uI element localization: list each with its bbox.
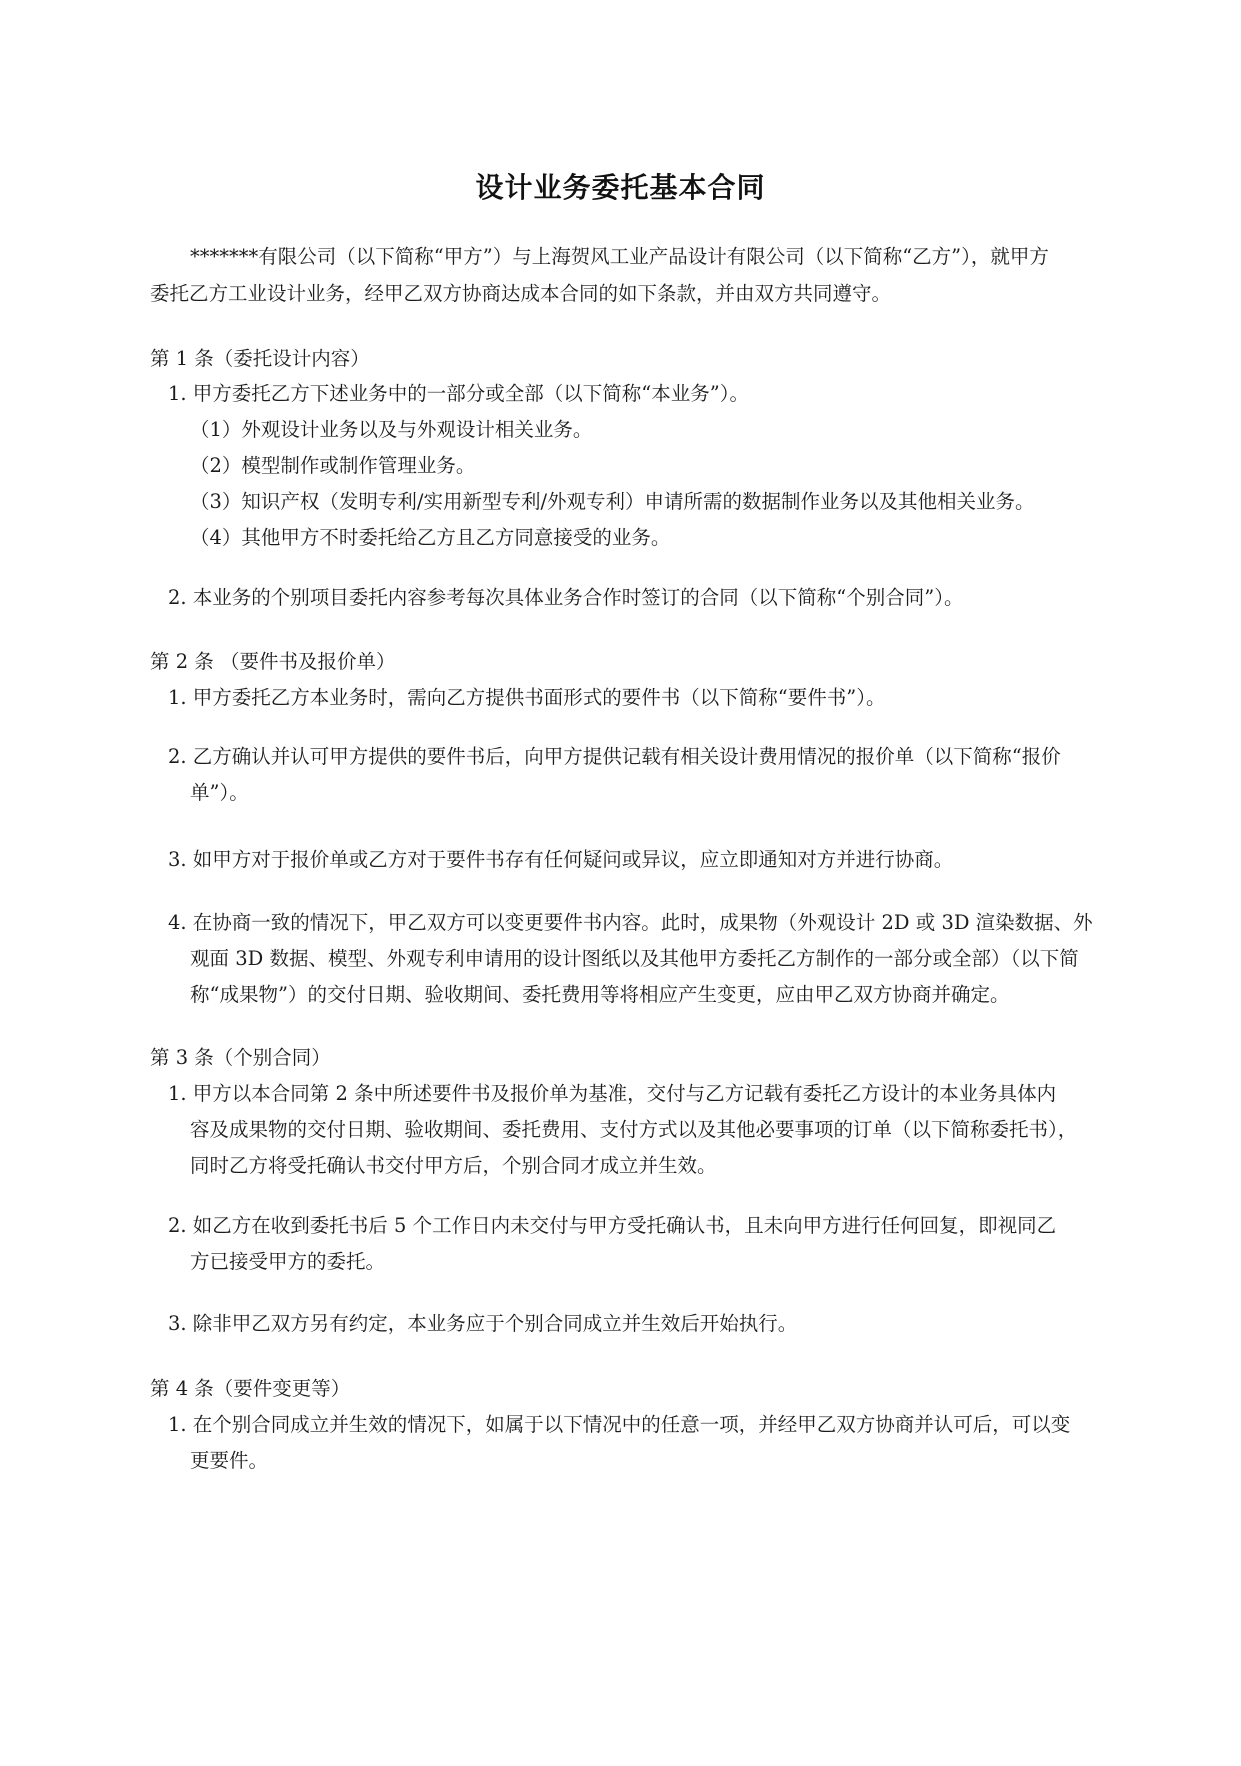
article-1-clause-1: 1. 甲方委托乙方下述业务中的一部分或全部（以下简称“本业务”）。 [168,382,749,406]
article-3-clause-1-line-1: 1. 甲方以本合同第 2 条中所述要件书及报价单为基准，交付与乙方记载有委托乙方… [168,1082,1056,1106]
article-4-heading: 第 4 条（要件变更等） [150,1377,350,1401]
preamble-line-1: *******有限公司（以下简称“甲方”）与上海贺风工业产品设计有限公司（以下简… [190,245,1049,269]
article-1-item-3: （3）知识产权（发明专利/实用新型专利/外观专利）申请所需的数据制作业务以及其他… [190,490,1035,514]
article-3-heading: 第 3 条（个别合同） [150,1046,331,1070]
article-2-clause-4-line-3: 称“成果物”）的交付日期、验收期间、委托费用等将相应产生变更，应由甲乙双方协商并… [190,983,1009,1007]
article-1-item-2: （2）模型制作或制作管理业务。 [190,454,475,478]
article-2-clause-1: 1. 甲方委托乙方本业务时，需向乙方提供书面形式的要件书（以下简称“要件书”）。 [168,686,886,710]
article-2-heading: 第 2 条 （要件书及报价单） [150,650,396,674]
article-2-clause-3: 3. 如甲方对于报价单或乙方对于要件书存有任何疑问或异议，应立即通知对方并进行协… [168,848,953,872]
document-page: 设计业务委托基本合同 *******有限公司（以下简称“甲方”）与上海贺风工业产… [0,0,1241,1766]
article-3-clause-1-line-2: 容及成果物的交付日期、验收期间、委托费用、支付方式以及其他必要事项的订单（以下简… [190,1118,1077,1142]
article-1-item-4: （4）其他甲方不时委托给乙方且乙方同意接受的业务。 [190,526,670,550]
article-4-clause-1-line-2: 更要件。 [190,1449,268,1473]
article-1-clause-2: 2. 本业务的个别项目委托内容参考每次具体业务合作时签订的合同（以下简称“个别合… [168,586,964,610]
article-3-clause-3: 3. 除非甲乙双方另有约定，本业务应于个别合同成立并生效后开始执行。 [168,1312,797,1336]
article-2-clause-2-line-1: 2. 乙方确认并认可甲方提供的要件书后，向甲方提供记载有相关设计费用情况的报价单… [168,745,1061,769]
preamble-line-2: 委托乙方工业设计业务，经甲乙双方协商达成本合同的如下条款，并由双方共同遵守。 [150,282,891,306]
document-title: 设计业务委托基本合同 [0,166,1241,206]
article-1-heading: 第 1 条（委托设计内容） [150,347,370,371]
article-2-clause-4-line-2: 观面 3D 数据、模型、外观专利申请用的设计图纸以及其他甲方委托乙方制作的一部分… [190,947,1079,971]
article-3-clause-2-line-1: 2. 如乙方在收到委托书后 5 个工作日内未交付与甲方受托确认书，且未向甲方进行… [168,1214,1056,1238]
article-3-clause-2-line-2: 方已接受甲方的委托。 [190,1250,385,1274]
article-1-item-1: （1）外观设计业务以及与外观设计相关业务。 [190,418,592,442]
article-2-clause-4-line-1: 4. 在协商一致的情况下，甲乙双方可以变更要件书内容。此时，成果物（外观设计 2… [168,911,1093,935]
article-3-clause-1-line-3: 同时乙方将受托确认书交付甲方后，个别合同才成立并生效。 [190,1154,717,1178]
article-4-clause-1-line-1: 1. 在个别合同成立并生效的情况下，如属于以下情况中的任意一项，并经甲乙双方协商… [168,1413,1070,1437]
article-2-clause-2-line-2: 单”）。 [190,781,249,805]
